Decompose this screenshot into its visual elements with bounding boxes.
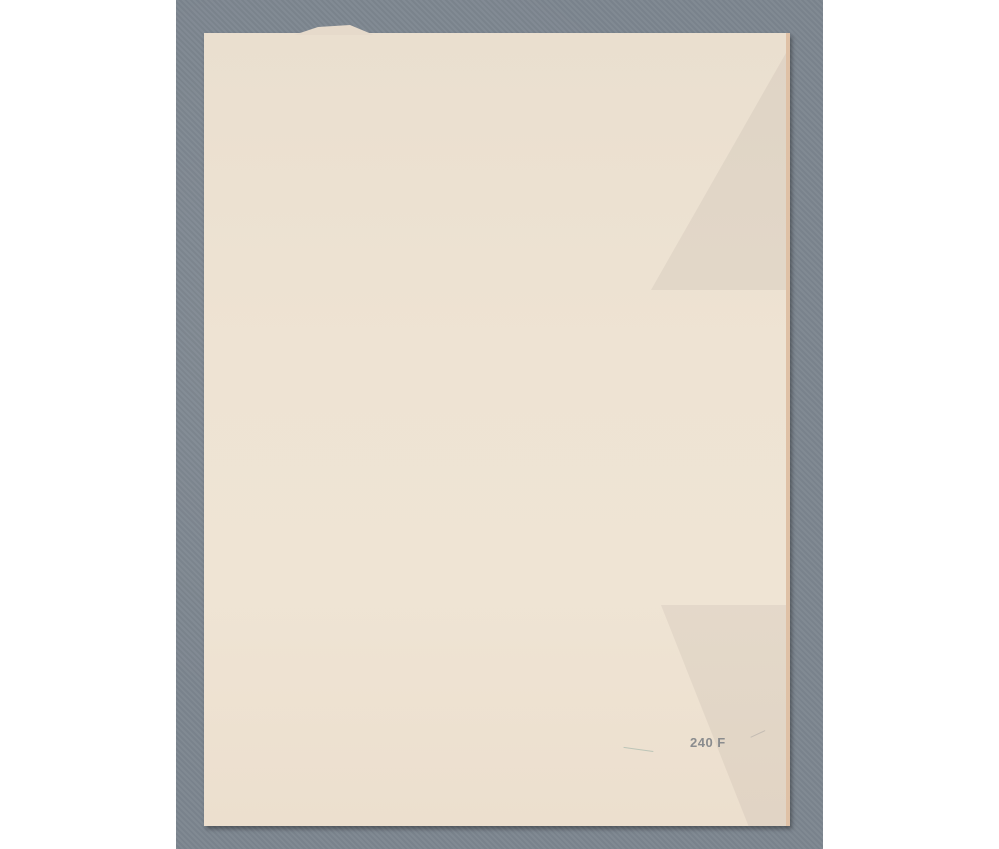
book-back-cover: 240 F [204, 33, 790, 826]
cover-corner-tab [294, 25, 374, 35]
cover-shadow-bottom [661, 605, 786, 826]
cover-shadow-top [651, 53, 786, 290]
photo-background: 240 F [176, 0, 823, 849]
pencil-mark [624, 739, 655, 752]
price-stamp: 240 F [690, 735, 726, 750]
